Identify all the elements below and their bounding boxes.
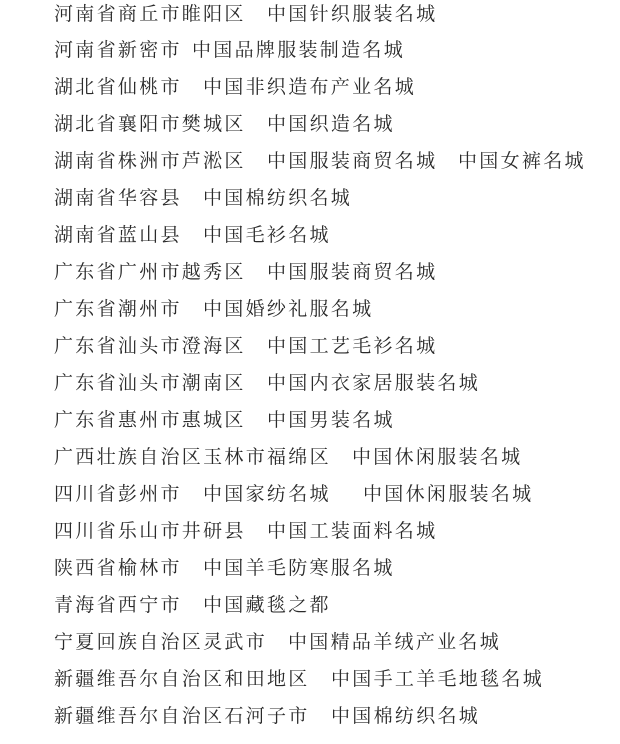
list-item: 湖南省株洲市芦淞区中国服装商贸名城中国女裤名城 (54, 143, 586, 180)
title-text: 中国服装商贸名城 (267, 254, 437, 291)
location-text: 河南省新密市 (54, 32, 192, 69)
list-item: 广东省潮州市中国婚纱礼服名城 (54, 291, 373, 328)
list-item: 广东省汕头市澄海区中国工艺毛衫名城 (54, 328, 437, 365)
list-item: 广东省惠州市惠城区中国男装名城 (54, 402, 395, 439)
title-text: 中国羊毛防寒服名城 (203, 550, 395, 587)
location-text: 广东省汕头市澄海区 (54, 328, 267, 365)
title-text: 中国精品羊绒产业名城 (288, 624, 501, 661)
list-item: 湖南省蓝山县中国毛衫名城 (54, 217, 331, 254)
list-item: 湖北省襄阳市樊城区中国织造名城 (54, 106, 395, 143)
list-item: 广西壮族自治区玉林市福绵区中国休闲服装名城 (54, 439, 522, 476)
title-text: 中国工艺毛衫名城 (267, 328, 437, 365)
location-text: 广东省汕头市潮南区 (54, 365, 267, 402)
list-item: 河南省商丘市睢阳区中国针织服装名城 (54, 0, 437, 33)
location-text: 湖南省蓝山县 (54, 217, 203, 254)
location-text: 新疆维吾尔自治区石河子市 (54, 698, 331, 735)
title-text: 中国休闲服装名城 (352, 439, 522, 476)
title-text: 中国家纺名城 (203, 476, 363, 513)
location-text: 湖南省华容县 (54, 180, 203, 217)
title-text: 中国工装面料名城 (267, 513, 437, 550)
list-item: 青海省西宁市中国藏毯之都 (54, 587, 331, 624)
title-text: 中国婚纱礼服名城 (203, 291, 373, 328)
location-text: 青海省西宁市 (54, 587, 203, 624)
title-text: 中国藏毯之都 (203, 587, 331, 624)
location-text: 湖北省仙桃市 (54, 69, 203, 106)
location-text: 河南省商丘市睢阳区 (54, 0, 267, 33)
list-item: 四川省彭州市中国家纺名城中国休闲服装名城 (54, 476, 533, 513)
list-item: 广东省广州市越秀区中国服装商贸名城 (54, 254, 437, 291)
list-item: 陕西省榆林市中国羊毛防寒服名城 (54, 550, 395, 587)
location-text: 四川省乐山市井研县 (54, 513, 267, 550)
title-text: 中国男装名城 (267, 402, 395, 439)
location-text: 陕西省榆林市 (54, 550, 203, 587)
title-text: 中国针织服装名城 (267, 0, 437, 33)
list-item: 广东省汕头市潮南区中国内衣家居服装名城 (54, 365, 480, 402)
location-text: 广东省惠州市惠城区 (54, 402, 267, 439)
list-item: 湖南省华容县中国棉纺织名城 (54, 180, 352, 217)
location-text: 新疆维吾尔自治区和田地区 (54, 661, 331, 698)
list-item: 河南省新密市中国品牌服装制造名城 (54, 32, 405, 69)
location-text: 宁夏回族自治区灵武市 (54, 624, 288, 661)
list-item: 宁夏回族自治区灵武市中国精品羊绒产业名城 (54, 624, 501, 661)
title-text: 中国毛衫名城 (203, 217, 331, 254)
title-text: 中国品牌服装制造名城 (192, 32, 405, 69)
list-item: 新疆维吾尔自治区石河子市中国棉纺织名城 (54, 698, 480, 735)
title-text: 中国织造名城 (267, 106, 395, 143)
location-text: 广东省广州市越秀区 (54, 254, 267, 291)
location-text: 广东省潮州市 (54, 291, 203, 328)
title-text: 中国休闲服装名城 (363, 476, 533, 513)
title-text: 中国棉纺织名城 (331, 698, 480, 735)
title-text: 中国棉纺织名城 (203, 180, 352, 217)
list-item: 新疆维吾尔自治区和田地区中国手工羊毛地毯名城 (54, 661, 544, 698)
location-text: 湖南省株洲市芦淞区 (54, 143, 267, 180)
title-text: 中国内衣家居服装名城 (267, 365, 480, 402)
title-text: 中国服装商贸名城 (267, 143, 458, 180)
list-item: 四川省乐山市井研县中国工装面料名城 (54, 513, 437, 550)
title-text: 中国手工羊毛地毯名城 (331, 661, 544, 698)
location-text: 广西壮族自治区玉林市福绵区 (54, 439, 352, 476)
location-text: 湖北省襄阳市樊城区 (54, 106, 267, 143)
title-text: 中国女裤名城 (458, 143, 586, 180)
title-text: 中国非织造布产业名城 (203, 69, 416, 106)
location-text: 四川省彭州市 (54, 476, 203, 513)
list-item: 湖北省仙桃市中国非织造布产业名城 (54, 69, 416, 106)
